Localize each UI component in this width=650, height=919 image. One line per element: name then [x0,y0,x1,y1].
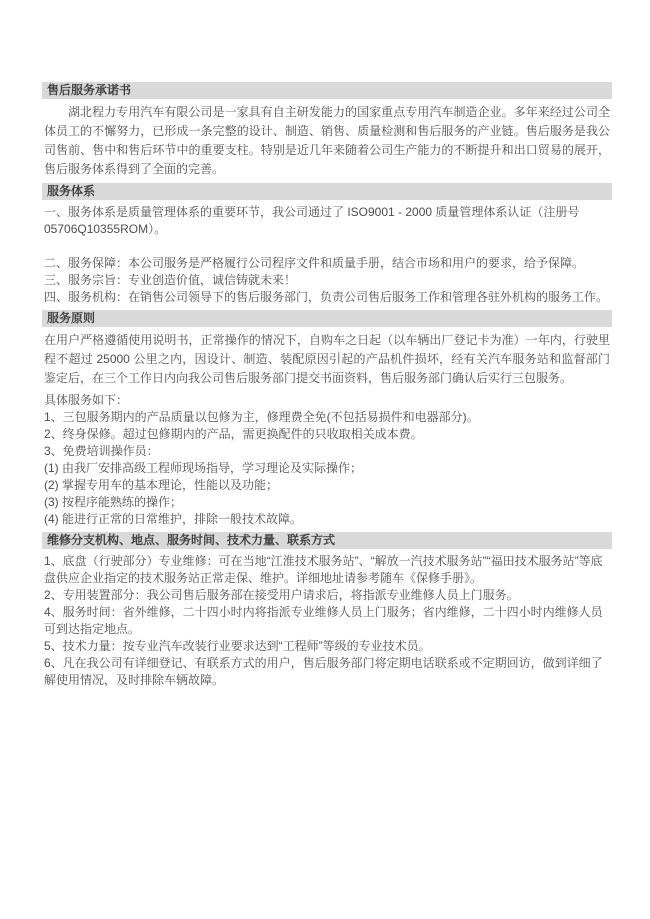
repair-branches-list: 1、底盘（行驶部分）专业维修：可在当地“江淮技术服务站”、“解放一汽技术服务站”… [42,553,612,689]
commitment-paragraph: 湖北程力专用汽车有限公司是一家具有自主研发能力的国家重点专用汽车制造企业。多年来… [42,103,612,179]
repair-item-6: 6、凡在我公司有详细登记、有联系方式的用户，售后服务部门将定期电话联系或不定期回… [42,655,612,689]
service-principles-item-1: 1、三包服务期内的产品质量以包修为主，修理费全免(不包括易损件和电器部分)。 [42,409,612,426]
service-principles-item-2: 2、终身保修。超过包修期内的产品，需更换配件的只收取相关成本费。 [42,426,612,443]
training-sub-item-3: (3) 按程序能熟练的操作； [42,494,612,511]
repair-item-2: 2、专用装置部分：我公司售后服务部在接受用户请求后，将指派专业维修人员上门服务。 [42,587,612,604]
repair-item-4: 4、服务时间：省外维修，二十四小时内将指派专业维修人员上门服务；省内维修，二十四… [42,604,612,638]
blank-line-spacer [42,238,612,255]
section-header-service-principles: 服务原则 [42,310,612,327]
section-header-service-system: 服务体系 [42,183,612,200]
service-principles-intro: 在用户严格遵循使用说明书，正常操作的情况下，自购车之日起（以车辆出厂登记卡为准）… [42,331,612,388]
service-principles-subtitle: 具体服务如下： [42,392,612,409]
training-sub-item-1: (1) 由我厂安排高级工程师现场指导，学习理论及实际操作； [42,460,612,477]
service-system-list: 一、服务体系是质量管理体系的重要环节，我公司通过了 ISO9001 - 2000… [42,204,612,306]
service-system-item-3: 三、服务宗旨：专业创造价值，诚信铸就未来！ [42,272,612,289]
service-system-item-4: 四、服务机构：在销售公司领导下的售后服务部门，负责公司售后服务工作和管理各驻外机… [42,289,612,306]
after-sales-service-document: 售后服务承诺书 湖北程力专用汽车有限公司是一家具有自主研发能力的国家重点专用汽车… [42,82,612,693]
service-system-item-1: 一、服务体系是质量管理体系的重要环节，我公司通过了 ISO9001 - 2000… [42,204,612,238]
service-principles-content: 在用户严格遵循使用说明书，正常操作的情况下，自购车之日起（以车辆出厂登记卡为准）… [42,331,612,528]
section-header-commitment: 售后服务承诺书 [42,82,612,99]
repair-item-1: 1、底盘（行驶部分）专业维修：可在当地“江淮技术服务站”、“解放一汽技术服务站”… [42,553,612,587]
training-sub-item-4: (4) 能进行正常的日常维护，排除一般技术故障。 [42,511,612,528]
section-header-repair-branches: 维修分支机构、地点、服务时间、技术力量、联系方式 [42,532,612,549]
service-principles-item-3: 3、免费培训操作员： [42,443,612,460]
repair-item-5: 5、技术力量：按专业汽车改装行业要求达到“工程师”等级的专业技术员。 [42,638,612,655]
service-system-item-2: 二、服务保障：本公司服务是严格履行公司程序文件和质量手册，结合市场和用户的要求，… [42,255,612,272]
training-sub-item-2: (2) 掌握专用车的基本理论，性能以及功能； [42,477,612,494]
